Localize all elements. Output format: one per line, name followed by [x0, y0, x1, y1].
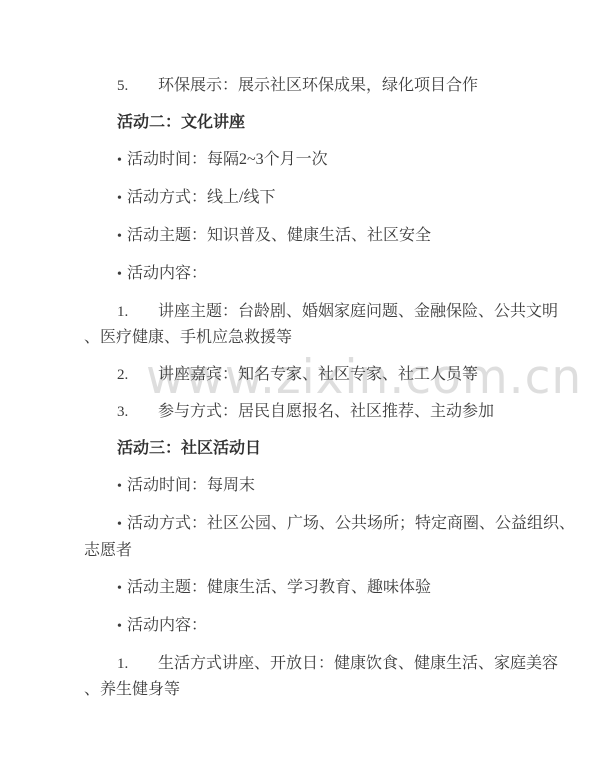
text-content: 活动方式：线上/线下: [127, 189, 275, 206]
text-line: 5.环保展示：展示社区环保成果，绿化项目合作: [84, 73, 542, 99]
document-body: 5.环保展示：展示社区环保成果，绿化项目合作活动二：文化讲座•活动时间：每隔2~…: [0, 0, 600, 703]
bullet-icon: •: [117, 512, 127, 538]
text-line: •活动内容：: [84, 613, 542, 640]
text-content: 、养生健身等: [84, 681, 180, 698]
text-content: 活动方式：社区公园、广场、公共场所；特定商圈、公益组织、: [127, 515, 575, 532]
text-content: 生活方式讲座、开放日：健康饮食、健康生活、家庭美容: [158, 655, 558, 672]
text-content: 参与方式：居民自愿报名、社区推荐、主动参加: [158, 403, 494, 420]
text-content: 活动时间：每隔2~3个月一次: [127, 151, 328, 168]
list-number: 1.: [117, 651, 158, 677]
paragraph: •活动主题：知识普及、健康生活、社区安全: [84, 223, 542, 250]
paragraph: •活动内容：: [84, 261, 542, 288]
text-line: 2.讲座嘉宾：知名专家、社区专家、社工人员等: [84, 362, 542, 388]
paragraph: •活动内容：: [84, 613, 542, 640]
text-content: 活动主题：健康生活、学习教育、趣味体验: [127, 579, 431, 596]
text-content: 讲座主题：台龄剧、婚姻家庭问题、金融保险、公共文明: [158, 303, 558, 320]
text-content: 环保展示：展示社区环保成果，绿化项目合作: [158, 77, 478, 94]
text-line: •活动内容：: [84, 261, 542, 288]
text-line: 1.生活方式讲座、开放日：健康饮食、健康生活、家庭美容: [84, 651, 542, 677]
bullet-icon: •: [117, 186, 127, 212]
bullet-icon: •: [117, 148, 127, 174]
list-number: 2.: [117, 362, 158, 388]
paragraph: 1.讲座主题：台龄剧、婚姻家庭问题、金融保险、公共文明、医疗健康、手机应急救援等: [84, 299, 542, 351]
paragraph: 1.生活方式讲座、开放日：健康饮食、健康生活、家庭美容、养生健身等: [84, 651, 542, 703]
paragraph: •活动时间：每周末: [84, 473, 542, 500]
text-line: 志愿者: [84, 538, 542, 564]
section-heading: 活动二：文化讲座: [84, 110, 542, 136]
bullet-icon: •: [117, 262, 127, 288]
list-number: 1.: [117, 299, 158, 325]
section-heading: 活动三：社区活动日: [84, 436, 542, 462]
text-line: •活动主题：健康生活、学习教育、趣味体验: [84, 575, 542, 602]
text-line: •活动时间：每周末: [84, 473, 542, 500]
paragraph: •活动主题：健康生活、学习教育、趣味体验: [84, 575, 542, 602]
bullet-icon: •: [117, 224, 127, 250]
text-line: 、养生健身等: [84, 677, 542, 703]
text-content: 活动主题：知识普及、健康生活、社区安全: [127, 227, 431, 244]
text-content: 讲座嘉宾：知名专家、社区专家、社工人员等: [158, 366, 478, 383]
text-line: •活动方式：社区公园、广场、公共场所；特定商圈、公益组织、: [84, 511, 542, 538]
text-line: •活动时间：每隔2~3个月一次: [84, 147, 542, 174]
text-line: 活动三：社区活动日: [84, 436, 542, 462]
bullet-icon: •: [117, 576, 127, 602]
paragraph: 3.参与方式：居民自愿报名、社区推荐、主动参加: [84, 399, 542, 425]
paragraph: •活动时间：每隔2~3个月一次: [84, 147, 542, 174]
list-number: 5.: [117, 73, 158, 99]
text-content: 活动时间：每周末: [127, 477, 255, 494]
text-line: 3.参与方式：居民自愿报名、社区推荐、主动参加: [84, 399, 542, 425]
paragraph: 5.环保展示：展示社区环保成果，绿化项目合作: [84, 73, 542, 99]
text-content: 、医疗健康、手机应急救援等: [84, 329, 292, 346]
text-content: 活动内容：: [127, 617, 207, 634]
text-line: •活动主题：知识普及、健康生活、社区安全: [84, 223, 542, 250]
document-page: www.zixin.com.cn 5.环保展示：展示社区环保成果，绿化项目合作活…: [0, 0, 600, 776]
text-content: 志愿者: [84, 542, 132, 559]
bullet-icon: •: [117, 614, 127, 640]
text-content: 活动三：社区活动日: [117, 440, 261, 457]
text-line: 活动二：文化讲座: [84, 110, 542, 136]
paragraph: •活动方式：社区公园、广场、公共场所；特定商圈、公益组织、志愿者: [84, 511, 542, 564]
text-content: 活动内容：: [127, 265, 207, 282]
text-content: 活动二：文化讲座: [117, 114, 245, 131]
text-line: •活动方式：线上/线下: [84, 185, 542, 212]
paragraph: 2.讲座嘉宾：知名专家、社区专家、社工人员等: [84, 362, 542, 388]
bullet-icon: •: [117, 474, 127, 500]
paragraph: •活动方式：线上/线下: [84, 185, 542, 212]
text-line: 、医疗健康、手机应急救援等: [84, 325, 542, 351]
text-line: 1.讲座主题：台龄剧、婚姻家庭问题、金融保险、公共文明: [84, 299, 542, 325]
list-number: 3.: [117, 399, 158, 425]
